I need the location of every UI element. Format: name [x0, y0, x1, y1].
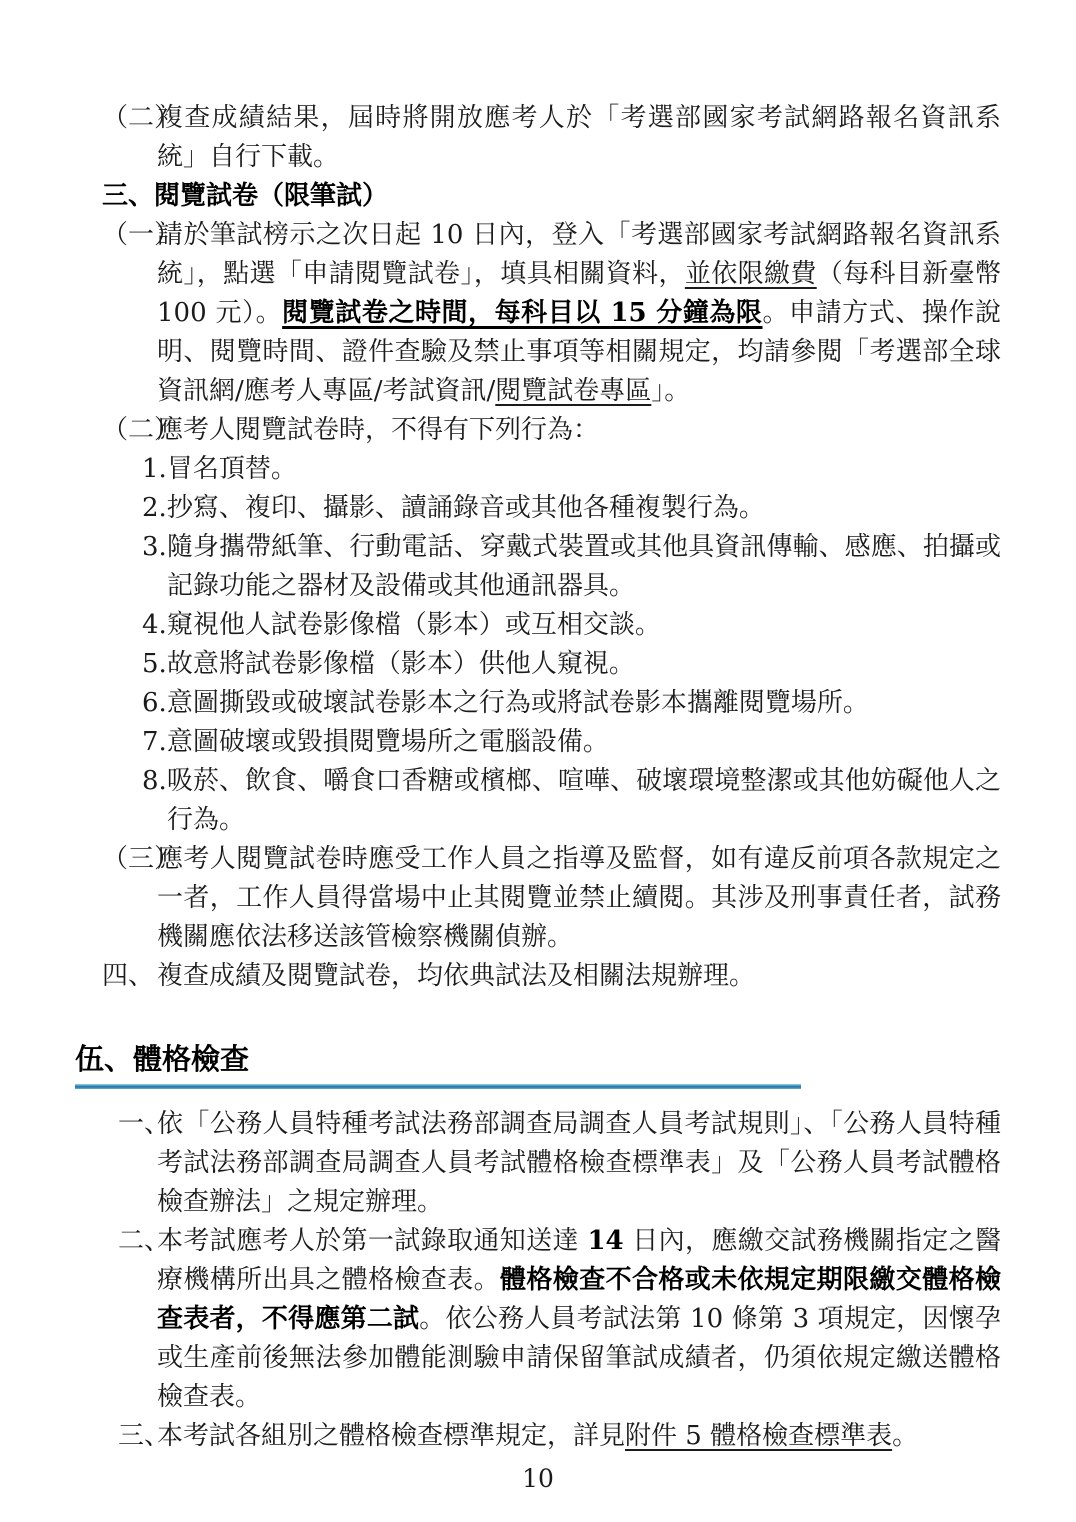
item-number: 6. [142, 688, 167, 718]
clause-s4-3-1: （一）請於筆試榜示之次日起 10 日內，登入「考選部國家考試網路報名資訊系統」，… [75, 216, 1001, 411]
subheading-view-papers: 三、閱覽試卷（限筆試） [75, 177, 1001, 216]
prohibited-item-5: 5.故意將試卷影像檔（影本）供他人窺視。 [75, 645, 1001, 684]
emphasis-pay-on-time: 並依限繳費 [685, 259, 817, 289]
item-text: 故意將試卷影像檔（影本）供他人窺視。 [167, 649, 635, 679]
prohibited-item-1: 1.冒名頂替。 [75, 450, 1001, 489]
prohibited-item-4: 4.窺視他人試卷影像檔（影本）或互相交談。 [75, 606, 1001, 645]
clause-text: 本考試應考人於第一試錄取通知送達 [157, 1226, 587, 1256]
clause-s4-4: 四、複查成績及閱覽試卷，均依典試法及相關法規辦理。 [75, 957, 1001, 996]
clause-text: 本考試各組別之體格檢查標準規定，詳見 [157, 1421, 625, 1451]
emphasis-14-days: 14 [587, 1226, 623, 1256]
page-number: 10 [0, 1464, 1076, 1494]
clause-text: 」。 [651, 376, 690, 406]
item-text: 隨身攜帶紙筆、行動電話、穿戴式裝置或其他具資訊傳輸、感應、拍攝或記錄功能之器材及… [167, 532, 1001, 601]
link-attachment-5[interactable]: 附件 5 體格檢查標準表 [625, 1421, 892, 1451]
clause-s4-3-2: （二）應考人閱覽試卷時，不得有下列行為： [75, 411, 1001, 450]
link-view-papers-zone[interactable]: 閱覽試卷專區 [495, 376, 651, 406]
item-number: 7. [142, 727, 167, 757]
item-text: 抄寫、複印、攝影、讀誦錄音或其他各種複製行為。 [167, 493, 765, 523]
clause-marker: 一、 [118, 1105, 170, 1144]
item-text: 冒名頂替。 [167, 454, 297, 484]
item-text: 意圖撕毀或破壞試卷影本之行為或將試卷影本攜離閱覽場所。 [167, 688, 869, 718]
prohibited-item-6: 6.意圖撕毀或破壞試卷影本之行為或將試卷影本攜離閱覽場所。 [75, 684, 1001, 723]
document-body: （二）複查成績結果，屆時將開放應考人於「考選部國家考試網路報名資訊系統」自行下載… [75, 99, 1001, 1456]
clause-marker: （三） [102, 840, 180, 879]
emphasis-time-limit: 閱覽試卷之時間，每科目以 15 分鐘為限 [282, 298, 762, 328]
clause-s4-3-3: （三）應考人閱覽試卷時應受工作人員之指導及監督，如有違反前項各款規定之一者，工作… [75, 840, 1001, 957]
item-number: 2. [142, 493, 167, 523]
clause-s5-3: 三、本考試各組別之體格檢查標準規定，詳見附件 5 體格檢查標準表。 [75, 1417, 1001, 1456]
item-number: 5. [142, 649, 167, 679]
prohibited-item-3: 3.隨身攜帶紙筆、行動電話、穿戴式裝置或其他具資訊傳輸、感應、拍攝或記錄功能之器… [75, 528, 1001, 606]
clause-marker: （一） [102, 216, 180, 255]
subheading-marker: 三、 [102, 181, 154, 211]
prohibited-item-8: 8.吸菸、飲食、嚼食口香糖或檳榔、喧嘩、破壞環境整潔或其他妨礙他人之行為。 [75, 762, 1001, 840]
item-number: 4. [142, 610, 167, 640]
subheading-text: 閱覽試卷（限筆試） [154, 181, 388, 211]
clause-marker: （二） [102, 99, 180, 138]
item-number: 1. [142, 454, 167, 484]
clause-text: 依「公務人員特種考試法務部調查局調查人員考試規則」、「公務人員特種考試法務部調查… [157, 1109, 1001, 1217]
item-text: 意圖破壞或毀損閱覽場所之電腦設備。 [167, 727, 609, 757]
clause-marker: 四、 [102, 957, 154, 996]
document-page: （二）複查成績結果，屆時將開放應考人於「考選部國家考試網路報名資訊系統」自行下載… [0, 0, 1076, 1522]
clause-text: 應考人閱覽試卷時應受工作人員之指導及監督，如有違反前項各款規定之一者，工作人員得… [157, 844, 1001, 952]
clause-s5-1: 一、依「公務人員特種考試法務部調查局調查人員考試規則」、「公務人員特種考試法務部… [75, 1105, 1001, 1222]
item-text: 窺視他人試卷影像檔（影本）或互相交談。 [167, 610, 661, 640]
clause-text: 複查成績及閱覽試卷，均依典試法及相關法規辦理。 [157, 961, 755, 991]
clause-marker: 二、 [118, 1222, 170, 1261]
clause-text: 複查成績結果，屆時將開放應考人於「考選部國家考試網路報名資訊系統」自行下載。 [157, 103, 1001, 172]
clause-text: 應考人閱覽試卷時，不得有下列行為： [157, 415, 599, 445]
section-heading-rule [75, 1084, 801, 1089]
section-heading-physical-exam: 伍、體格檢查 [75, 1041, 1001, 1077]
clause-s4-2-result: （二）複查成績結果，屆時將開放應考人於「考選部國家考試網路報名資訊系統」自行下載… [75, 99, 1001, 177]
prohibited-item-2: 2.抄寫、複印、攝影、讀誦錄音或其他各種複製行為。 [75, 489, 1001, 528]
clause-marker: 三、 [118, 1417, 170, 1456]
clause-text: 。 [892, 1421, 918, 1451]
item-number: 8. [142, 766, 167, 796]
clause-s5-2: 二、本考試應考人於第一試錄取通知送達 14 日內，應繳交試務機關指定之醫療機構所… [75, 1222, 1001, 1417]
item-text: 吸菸、飲食、嚼食口香糖或檳榔、喧嘩、破壞環境整潔或其他妨礙他人之行為。 [167, 766, 1001, 835]
item-number: 3. [142, 532, 167, 562]
prohibited-item-7: 7.意圖破壞或毀損閱覽場所之電腦設備。 [75, 723, 1001, 762]
clause-marker: （二） [102, 411, 180, 450]
